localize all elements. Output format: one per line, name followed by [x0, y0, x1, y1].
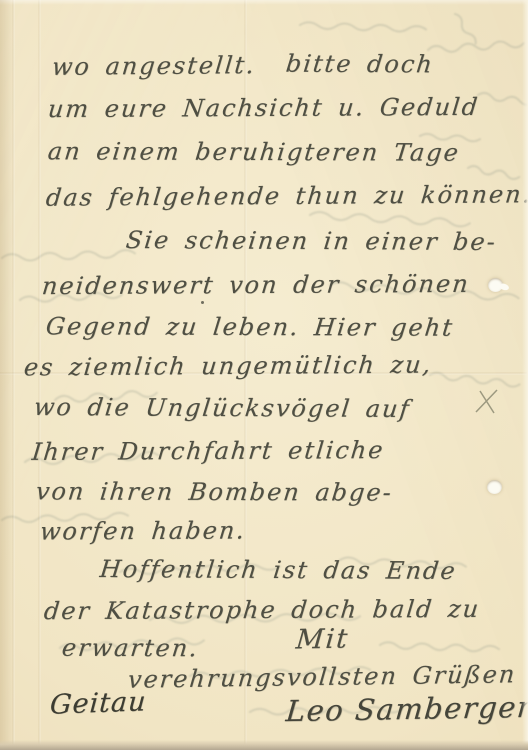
punch-hole-bottom: [487, 480, 502, 494]
scan-edge-top: [0, 0, 528, 5]
scan-edge-bottom: [0, 740, 528, 750]
letter-scan: wo angestellt.bitte dochum eure Nachsich…: [0, 0, 528, 750]
punch-hole-top: [488, 278, 503, 292]
ink-dot: [201, 301, 204, 304]
scan-edge-right: [522, 0, 528, 750]
scan-edge-left: [0, 0, 14, 750]
margin-x-mark: [476, 390, 497, 413]
margin-ink-marks: [0, 0, 528, 750]
